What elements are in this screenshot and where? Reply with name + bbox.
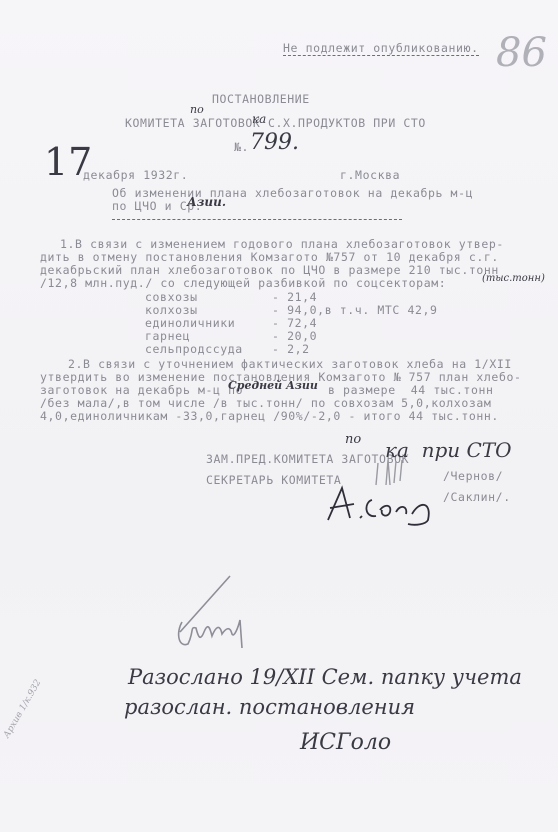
- issuer-insert-ka: ка: [252, 112, 266, 126]
- sector-label: гарнец: [145, 329, 190, 343]
- resolution-note-line-2: разослан. постановления: [124, 695, 415, 719]
- sector-label: колхозы: [145, 303, 198, 317]
- sector-value: - 21,4: [272, 290, 317, 304]
- sector-value-number: 2,2: [287, 342, 310, 356]
- p1-line-1: 1.В связи с изменением годового плана хл…: [60, 237, 504, 251]
- sector-value-number: 20,0: [287, 329, 317, 343]
- p1-line-4: /12,8 млн.пуд./ со следующей разбивкой п…: [40, 276, 446, 290]
- p1-units-handwritten: (тыс.тонн): [482, 273, 545, 284]
- sector-value: - 72,4: [272, 316, 317, 330]
- deputy-chair-insert-po: по: [345, 432, 361, 447]
- p2-line-3: заготовок на декабрь м-ц по: [40, 383, 243, 397]
- number-prefix: №.: [234, 140, 249, 154]
- secretary-ink-signature: [320, 480, 450, 528]
- p2-line-4: /без мала/,в том числе /в тыс.тонн/ по с…: [40, 396, 491, 410]
- margin-archive-note: Архив 1/к.932: [2, 678, 44, 740]
- secretary-name: /Саклин/.: [443, 490, 511, 504]
- subject-line-1: Об изменении плана хлебозаготовок на дек…: [112, 186, 473, 200]
- sector-value-number: 94,0: [287, 303, 317, 317]
- doc-type-heading: ПОСТАНОВЛЕНИЕ: [212, 92, 310, 106]
- sector-label: единоличники: [145, 316, 235, 330]
- sector-value: - 20,0: [272, 329, 317, 343]
- sector-value: - 94,0,в т.ч. МТС 42,9: [272, 303, 438, 317]
- subject-region-handwritten: Азии.: [187, 195, 226, 209]
- p2-line-1: 2.В связи с уточнением фактических загот…: [68, 357, 512, 371]
- restriction-notice: Не подлежит опубликованию.: [283, 41, 479, 56]
- pencil-signature-large: [160, 572, 300, 672]
- sector-value-number: 21,4: [287, 290, 317, 304]
- p2-line-3-tail: в размере 44 тыс.тонн: [328, 383, 494, 397]
- initials-signature: ИСГоло: [300, 730, 391, 755]
- sector-value-note: ,в т.ч. МТС 42,9: [317, 303, 437, 317]
- issuer-line: КОМИТЕТА ЗАГОТОВОК С.Х.ПРОДУКТОВ ПРИ СТО: [125, 116, 426, 130]
- issuer-insert-po: по: [190, 103, 204, 116]
- p2-region-handwritten: Средней Азии: [228, 379, 318, 392]
- archive-number: 86: [496, 30, 547, 76]
- sector-label: совхозы: [145, 290, 198, 304]
- document-page: Не подлежит опубликованию. 86 ПОСТАНОВЛЕ…: [0, 0, 558, 832]
- p2-line-5: 4,0,единоличникам -33,0,гарнец /90%/-2,0…: [40, 409, 499, 423]
- p1-line-2: дить в отмену постановления Комзагото №7…: [40, 250, 499, 264]
- sector-value-number: 72,4: [287, 316, 317, 330]
- resolution-number: 799.: [250, 130, 299, 155]
- subject-underline: [112, 219, 402, 220]
- p1-line-3: декабрьский план хлебозаготовок по ЦЧО в…: [40, 263, 499, 277]
- date-place: г.Москва: [340, 168, 400, 182]
- sector-value: - 2,2: [272, 342, 310, 356]
- date-month-year: декабря 1932г.: [83, 168, 188, 182]
- sector-label: сельпродссуда: [145, 342, 243, 356]
- deputy-chair-name: /Чернов/: [443, 469, 503, 483]
- resolution-note-line-1: Разослано 19/XII Сем. папку учета: [128, 665, 522, 689]
